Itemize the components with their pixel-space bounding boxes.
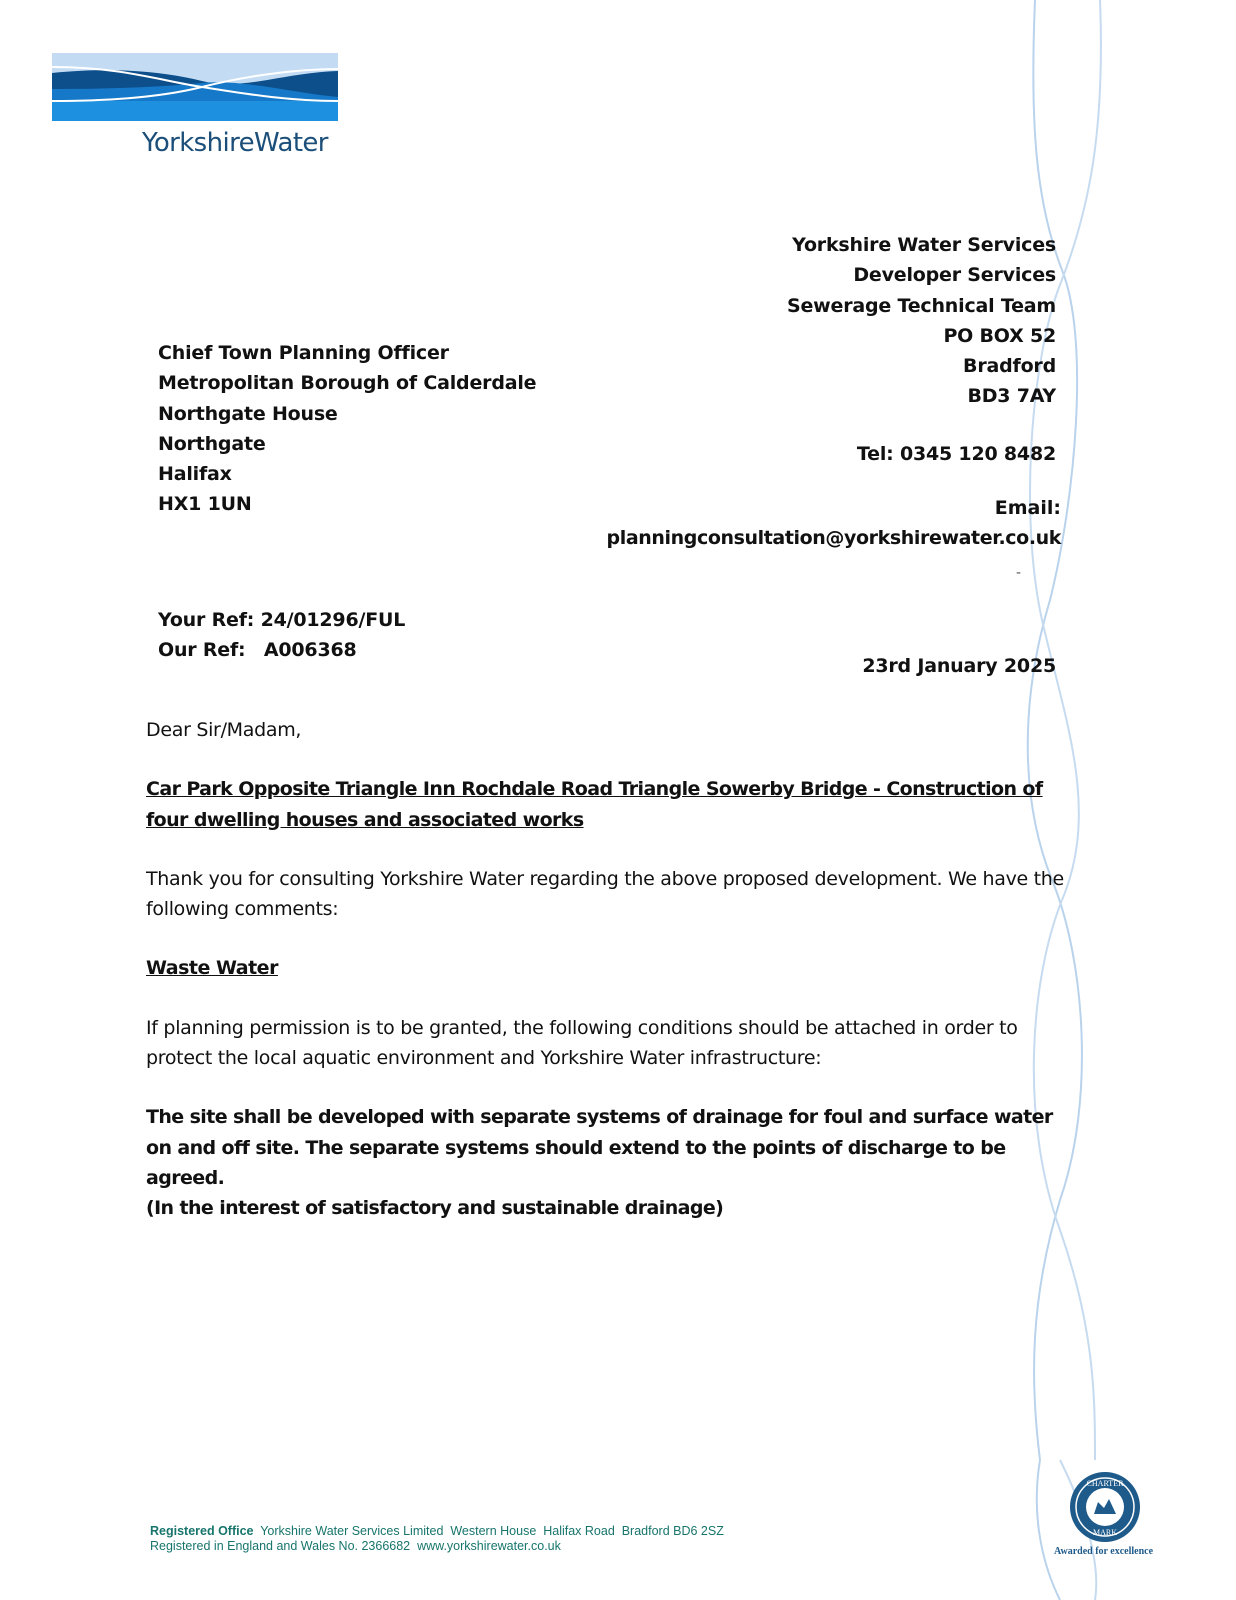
recipient-line: Metropolitan Borough of Calderdale [158, 368, 536, 398]
registration-line: Registered in England and Wales No. 2366… [150, 1539, 561, 1553]
registered-office-label: Registered Office [150, 1524, 254, 1538]
award-caption: Awarded for excellence [1054, 1546, 1153, 1557]
brand-name: YorkshireWater [142, 128, 328, 158]
salutation: Dear Sir/Madam, [146, 715, 1076, 745]
sender-line: Developer Services [787, 260, 1056, 290]
sender-line: BD3 7AY [787, 381, 1056, 411]
subject-heading: Car Park Opposite Triangle Inn Rochdale … [146, 774, 1076, 835]
sender-line: Bradford [787, 351, 1056, 381]
recipient-line: Halifax [158, 459, 536, 489]
intro-paragraph: Thank you for consulting Yorkshire Water… [146, 864, 1076, 925]
drainage-condition: The site shall be developed with separat… [146, 1102, 1076, 1223]
svg-text:MARK: MARK [1093, 1528, 1117, 1537]
your-ref: Your Ref: 24/01296/FUL [158, 605, 405, 635]
registered-office-address: Yorkshire Water Services Limited Western… [254, 1524, 724, 1538]
references: Your Ref: 24/01296/FUL Our Ref: A006368 [158, 605, 405, 665]
our-ref: Our Ref: A006368 [158, 635, 405, 665]
our-ref-value: A006368 [264, 639, 357, 661]
conditions-intro: If planning permission is to be granted,… [146, 1013, 1076, 1074]
separator-dash: - [1016, 565, 1021, 581]
sender-telephone: Tel: 0345 120 8482 [857, 443, 1056, 465]
charter-mark-seal-icon: CHARTER MARK [1068, 1470, 1142, 1544]
sender-line: PO BOX 52 [787, 321, 1056, 351]
sender-line: Yorkshire Water Services [787, 230, 1056, 260]
your-ref-label: Your Ref: [158, 609, 254, 631]
recipient-line: HX1 1UN [158, 489, 536, 519]
footer-registration: Registered Office Yorkshire Water Servic… [150, 1524, 724, 1554]
section-heading-waste-water: Waste Water [146, 953, 1076, 983]
recipient-line: Chief Town Planning Officer [158, 338, 536, 368]
letter-date: 23rd January 2025 [862, 655, 1056, 677]
yorkshire-water-logo [52, 53, 338, 121]
sender-address: Yorkshire Water Services Developer Servi… [787, 230, 1056, 412]
condition-reason: (In the interest of satisfactory and sus… [146, 1193, 1076, 1223]
sender-line: Sewerage Technical Team [787, 291, 1056, 321]
recipient-line: Northgate [158, 429, 536, 459]
condition-text: The site shall be developed with separat… [146, 1102, 1076, 1193]
svg-text:CHARTER: CHARTER [1087, 1479, 1125, 1488]
letter-body: Dear Sir/Madam, Car Park Opposite Triang… [146, 715, 1076, 1224]
email-label: Email: [995, 497, 1061, 519]
your-ref-value: 24/01296/FUL [261, 609, 406, 631]
wave-logo-icon [52, 53, 338, 121]
email-address-link[interactable]: planningconsultation@yorkshirewater.co.u… [607, 527, 1061, 549]
recipient-address: Chief Town Planning Officer Metropolitan… [158, 338, 536, 520]
recipient-line: Northgate House [158, 399, 536, 429]
our-ref-label: Our Ref: [158, 639, 245, 661]
